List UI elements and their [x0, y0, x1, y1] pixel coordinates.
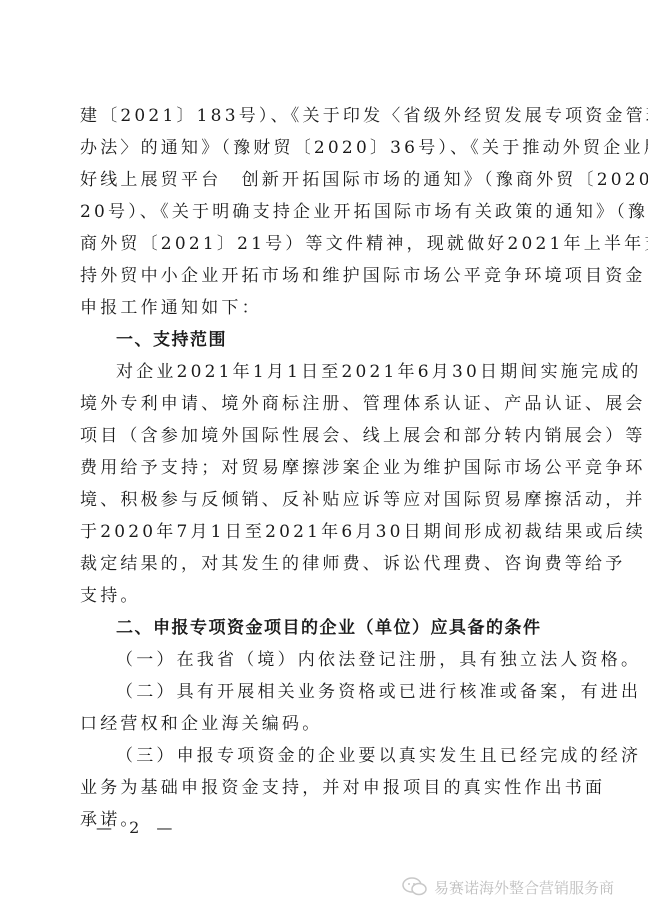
body-line: 建〔2021〕183号）、《关于印发〈省级外经贸发展专项资金管理 [80, 100, 567, 132]
wechat-icon [402, 877, 428, 897]
page-number: — 2 — [96, 818, 178, 837]
watermark-text: 易赛诺海外整合营销服务商 [434, 877, 614, 898]
body-line: （三）申报专项资金的企业要以真实发生且已经完成的经济 [116, 740, 567, 772]
body-line: 20号）、《关于明确支持企业开拓国际市场有关政策的通知》（豫 [80, 196, 567, 228]
section-heading-conditions: 二、申报专项资金项目的企业（单位）应具备的条件 [116, 612, 542, 644]
body-line: 好线上展贸平台 创新开拓国际市场的通知》（豫商外贸〔2020〕 [80, 164, 567, 196]
body-line: （一）在我省（境）内依法登记注册，具有独立法人资格。 [116, 644, 567, 676]
body-line: 裁定结果的，对其发生的律师费、诉讼代理费、咨询费等给予 [80, 548, 567, 580]
body-line: 申报工作通知如下： [80, 292, 567, 324]
body-line: 项目（含参加境外国际性展会、线上展会和部分转内销展会）等 [80, 420, 567, 452]
body-line: 持外贸中小企业开拓市场和维护国际市场公平竞争环境项目资金 [80, 260, 567, 292]
body-line: 费用给予支持；对贸易摩擦涉案企业为维护国际市场公平竞争环 [80, 452, 567, 484]
body-line: 业务为基础申报资金支持，并对申报项目的真实性作出书面 [80, 772, 567, 804]
body-line: （二）具有开展相关业务资格或已进行核准或备案，有进出 [116, 676, 567, 708]
body-line: 支持。 [80, 580, 567, 612]
body-line: 口经营权和企业海关编码。 [80, 708, 567, 740]
watermark: 易赛诺海外整合营销服务商 [402, 875, 614, 899]
body-line: 办法〉的通知》（豫财贸〔2020〕36号）、《关于推动外贸企业用 [80, 132, 567, 164]
section-heading-scope: 一、支持范围 [116, 324, 227, 356]
body-line: 商外贸〔2021〕21号）等文件精神，现就做好2021年上半年支 [80, 228, 567, 260]
document-page: 建〔2021〕183号）、《关于印发〈省级外经贸发展专项资金管理 办法〉的通知》… [0, 0, 648, 917]
body-line: 境、积极参与反倾销、反补贴应诉等应对国际贸易摩擦活动，并 [80, 484, 567, 516]
body-line: 境外专利申请、境外商标注册、管理体系认证、产品认证、展会 [80, 388, 567, 420]
body-line: 对企业2021年1月1日至2021年6月30日期间实施完成的 [116, 356, 567, 388]
body-line: 于2020年7月1日至2021年6月30日期间形成初裁结果或后续 [80, 516, 567, 548]
